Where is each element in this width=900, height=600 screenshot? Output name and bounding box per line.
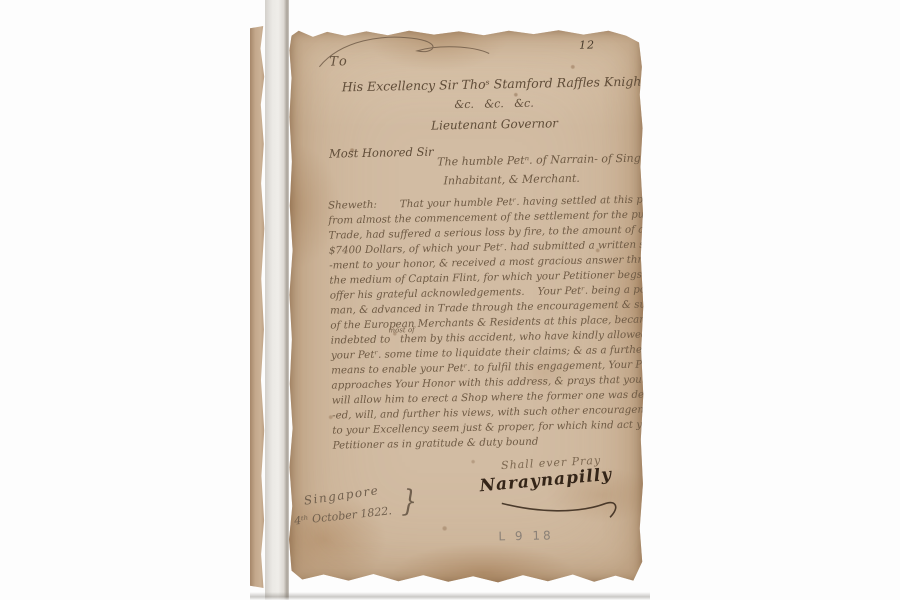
salutation-line: Most Honored Sir (329, 145, 434, 161)
addressee-line: His Excellency Sir Thoˢ Stamford Raffles… (342, 74, 636, 95)
screenshot: 12 To His Excellency Sir Thoˢ Stamford R… (0, 0, 900, 600)
letter-to-label: To (329, 54, 349, 69)
document-photo: 12 To His Excellency Sir Thoˢ Stamford R… (250, 0, 650, 600)
signature-flourish-icon (498, 495, 628, 523)
place-line: Singapore (303, 483, 380, 508)
addressee-title-line: Lieutenant Governor (414, 116, 574, 133)
petition-heading-line-1: The humble Petⁿ. of Narrain- of Singapor… (437, 151, 650, 169)
honorifics-line: &c. &c. &c. (434, 96, 554, 111)
manuscript-paper: 12 To His Excellency Sir Thoˢ Stamford R… (288, 28, 644, 584)
page-number: 12 (579, 38, 595, 51)
interline-insertion: most of (388, 326, 414, 335)
date-line: 4ᵗʰ October 1822. (294, 504, 393, 527)
previous-page-edge (250, 26, 265, 588)
handwriting-layer: 12 To His Excellency Sir Thoˢ Stamford R… (283, 25, 650, 588)
binding-gutter (265, 0, 289, 600)
petition-heading-line-2: Inhabitant, & Merchant. (443, 172, 579, 188)
pencil-archive-mark: L 9 18 (498, 528, 553, 543)
signature: Naraynapilly (479, 465, 613, 497)
petition-body: Sheweth: That your humble Petʳ. having s… (328, 193, 643, 454)
album-page-bottom-edge (250, 592, 650, 600)
dateline-brace: } (401, 483, 417, 519)
